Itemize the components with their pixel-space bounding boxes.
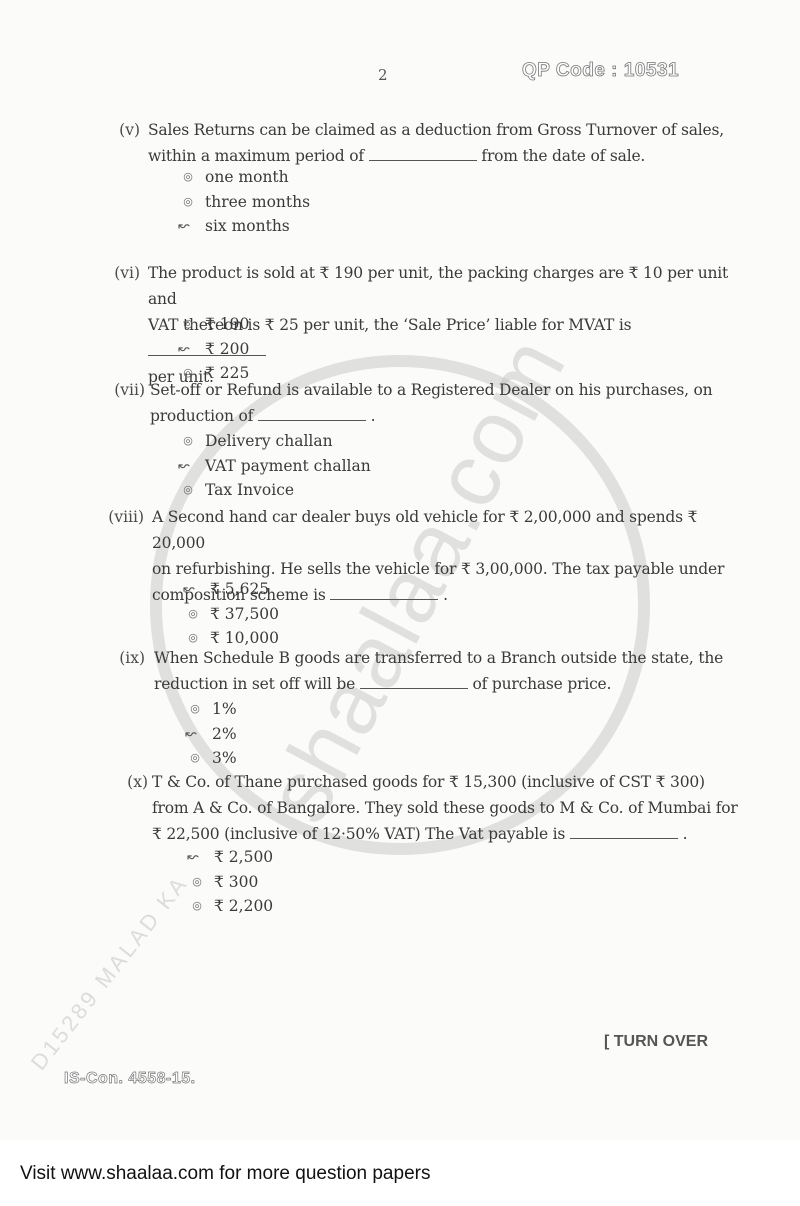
question-number: (vi) xyxy=(100,260,140,286)
answer-blank xyxy=(258,406,366,421)
question-number: (vii) xyxy=(105,377,145,403)
tick-icon: ↜ xyxy=(176,577,202,602)
tick-icon: ↜ xyxy=(171,214,197,239)
question-text: Sales Returns can be claimed as a deduct… xyxy=(148,117,738,169)
page-number: 2 xyxy=(378,66,388,84)
radio-icon: ◎ xyxy=(175,478,201,503)
question-number: (ix) xyxy=(105,645,145,671)
radio-icon: ◎ xyxy=(180,602,206,627)
question-number: (v) xyxy=(100,117,140,143)
answer-blank xyxy=(570,824,678,839)
footer-link-text: Visit www.shaalaa.com for more question … xyxy=(20,1163,430,1185)
radio-icon: ◎ xyxy=(182,746,208,771)
radio-icon: ◎ xyxy=(175,312,201,337)
answer-blank xyxy=(369,146,477,161)
radio-icon: ◎ xyxy=(175,190,201,215)
question-line: When Schedule B goods are transferred to… xyxy=(154,645,744,671)
tick-icon: ↜ xyxy=(180,845,206,870)
question-line: T & Co. of Thane purchased goods for ₹ 1… xyxy=(152,769,742,795)
tick-icon: ↜ xyxy=(178,722,204,747)
question-line: reduction in set off will be xyxy=(154,675,355,693)
answer-blank xyxy=(360,674,468,689)
answer-blank xyxy=(330,585,438,600)
radio-icon: ◎ xyxy=(175,165,201,190)
radio-icon: ◎ xyxy=(182,697,208,722)
question-line: Set-off or Refund is available to a Regi… xyxy=(150,377,740,403)
question-line: The product is sold at ₹ 190 per unit, t… xyxy=(148,260,738,312)
question-number: (viii) xyxy=(104,504,144,530)
question-text: When Schedule B goods are transferred to… xyxy=(154,645,744,697)
question-text: T & Co. of Thane purchased goods for ₹ 1… xyxy=(152,769,742,847)
question-line: production of xyxy=(150,407,253,425)
turn-over-label: [ TURN OVER xyxy=(604,1033,708,1051)
question-line: of purchase price. xyxy=(473,675,612,693)
question-line: within a maximum period of xyxy=(148,147,364,165)
radio-icon: ◎ xyxy=(184,870,210,895)
tick-icon: ↜ xyxy=(171,454,197,479)
question-line: from the date of sale. xyxy=(481,147,645,165)
question-line: from A & Co. of Bangalore. They sold the… xyxy=(152,795,742,821)
paper-code: IS-Con. 4558-15. xyxy=(64,1070,196,1088)
radio-icon: ◎ xyxy=(184,894,210,919)
question-text: Set-off or Refund is available to a Regi… xyxy=(150,377,740,429)
tick-icon: ↜ xyxy=(171,337,197,362)
qp-code: QP Code : 10531 xyxy=(522,60,679,82)
question-line: Sales Returns can be claimed as a deduct… xyxy=(148,117,738,143)
radio-icon: ◎ xyxy=(175,429,201,454)
question-number: (x) xyxy=(108,769,148,795)
question-line: A Second hand car dealer buys old vehicl… xyxy=(152,504,742,556)
question-line: ₹ 22,500 (inclusive of 12·50% VAT) The V… xyxy=(152,825,565,843)
